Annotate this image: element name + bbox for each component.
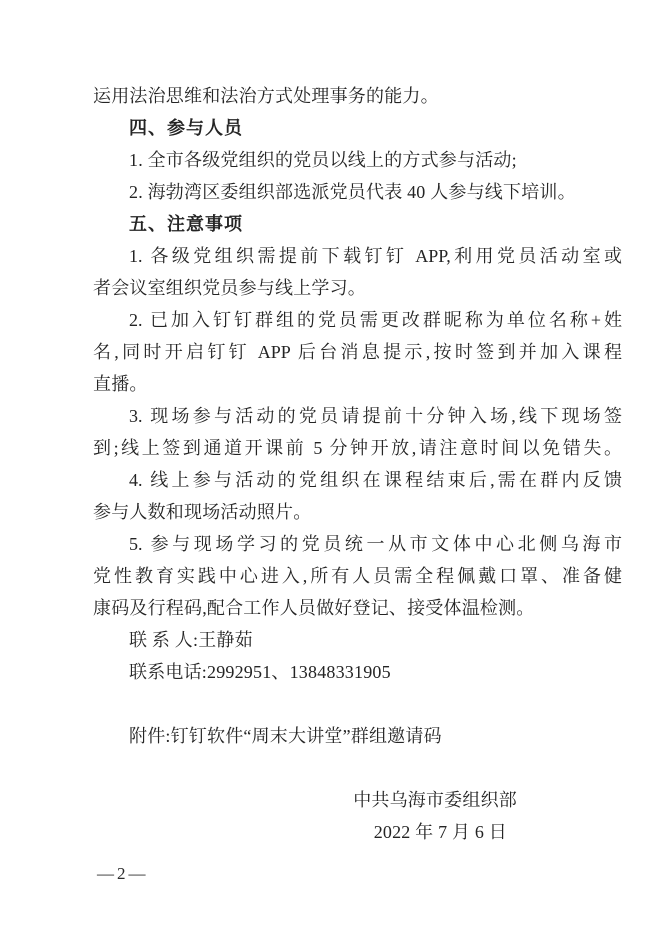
section-heading-4: 四、参与人员: [93, 112, 622, 144]
body-text-line: 者会议室组织党员参与线上学习。: [93, 272, 622, 304]
body-text-line: 运用法治思维和法治方式处理事务的能力。: [93, 80, 622, 112]
body-text-line: 参与人数和现场活动照片。: [93, 496, 622, 528]
body-text-line: 名,同时开启钉钉 APP 后台消息提示,按时签到并加入课程: [93, 336, 622, 368]
body-text-line: 4. 线上参与活动的党组织在课程结束后,需在群内反馈: [93, 464, 622, 496]
body-text-line: 到;线上签到通道开课前 5 分钟开放,请注意时间以免错失。: [93, 432, 622, 464]
body-text-line: 3. 现场参与活动的党员请提前十分钟入场,线下现场签: [93, 400, 622, 432]
signature-block: 中共乌海市委组织部 2022 年 7 月 6 日: [93, 784, 622, 848]
attachment-line: 附件:钉钉软件“周末大讲堂”群组邀请码: [93, 720, 622, 752]
document-body: 运用法治思维和法治方式处理事务的能力。四、参与人员1. 全市各级党组织的党员以线…: [93, 80, 622, 848]
contact-phone-line: 联系电话:2992951、13848331905: [93, 656, 622, 688]
document-page: 运用法治思维和法治方式处理事务的能力。四、参与人员1. 全市各级党组织的党员以线…: [0, 0, 669, 938]
contact-name-line: 联 系 人:王静茹: [93, 624, 622, 656]
section-heading-5: 五、注意事项: [93, 208, 622, 240]
body-text-line: 2. 海勃湾区委组织部选派党员代表 40 人参与线下培训。: [93, 176, 622, 208]
body-text-line: 直播。: [93, 368, 622, 400]
body-text-line: 康码及行程码,配合工作人员做好登记、接受体温检测。: [93, 592, 622, 624]
body-text-line: 5. 参与现场学习的党员统一从市文体中心北侧乌海市: [93, 528, 622, 560]
page-number: —2—: [97, 858, 149, 890]
body-text-line: 2. 已加入钉钉群组的党员需更改群昵称为单位名称+姓: [93, 304, 622, 336]
body-text-line: 1. 各级党组织需提前下载钉钉 APP,利用党员活动室或: [93, 240, 622, 272]
signature-date: 2022 年 7 月 6 日: [93, 816, 622, 848]
signature-org: 中共乌海市委组织部: [93, 784, 622, 816]
body-text-line: 党性教育实践中心进入,所有人员需全程佩戴口罩、准备健: [93, 560, 622, 592]
body-text-line: 1. 全市各级党组织的党员以线上的方式参与活动;: [93, 144, 622, 176]
body-lines-container: 运用法治思维和法治方式处理事务的能力。四、参与人员1. 全市各级党组织的党员以线…: [93, 80, 622, 752]
